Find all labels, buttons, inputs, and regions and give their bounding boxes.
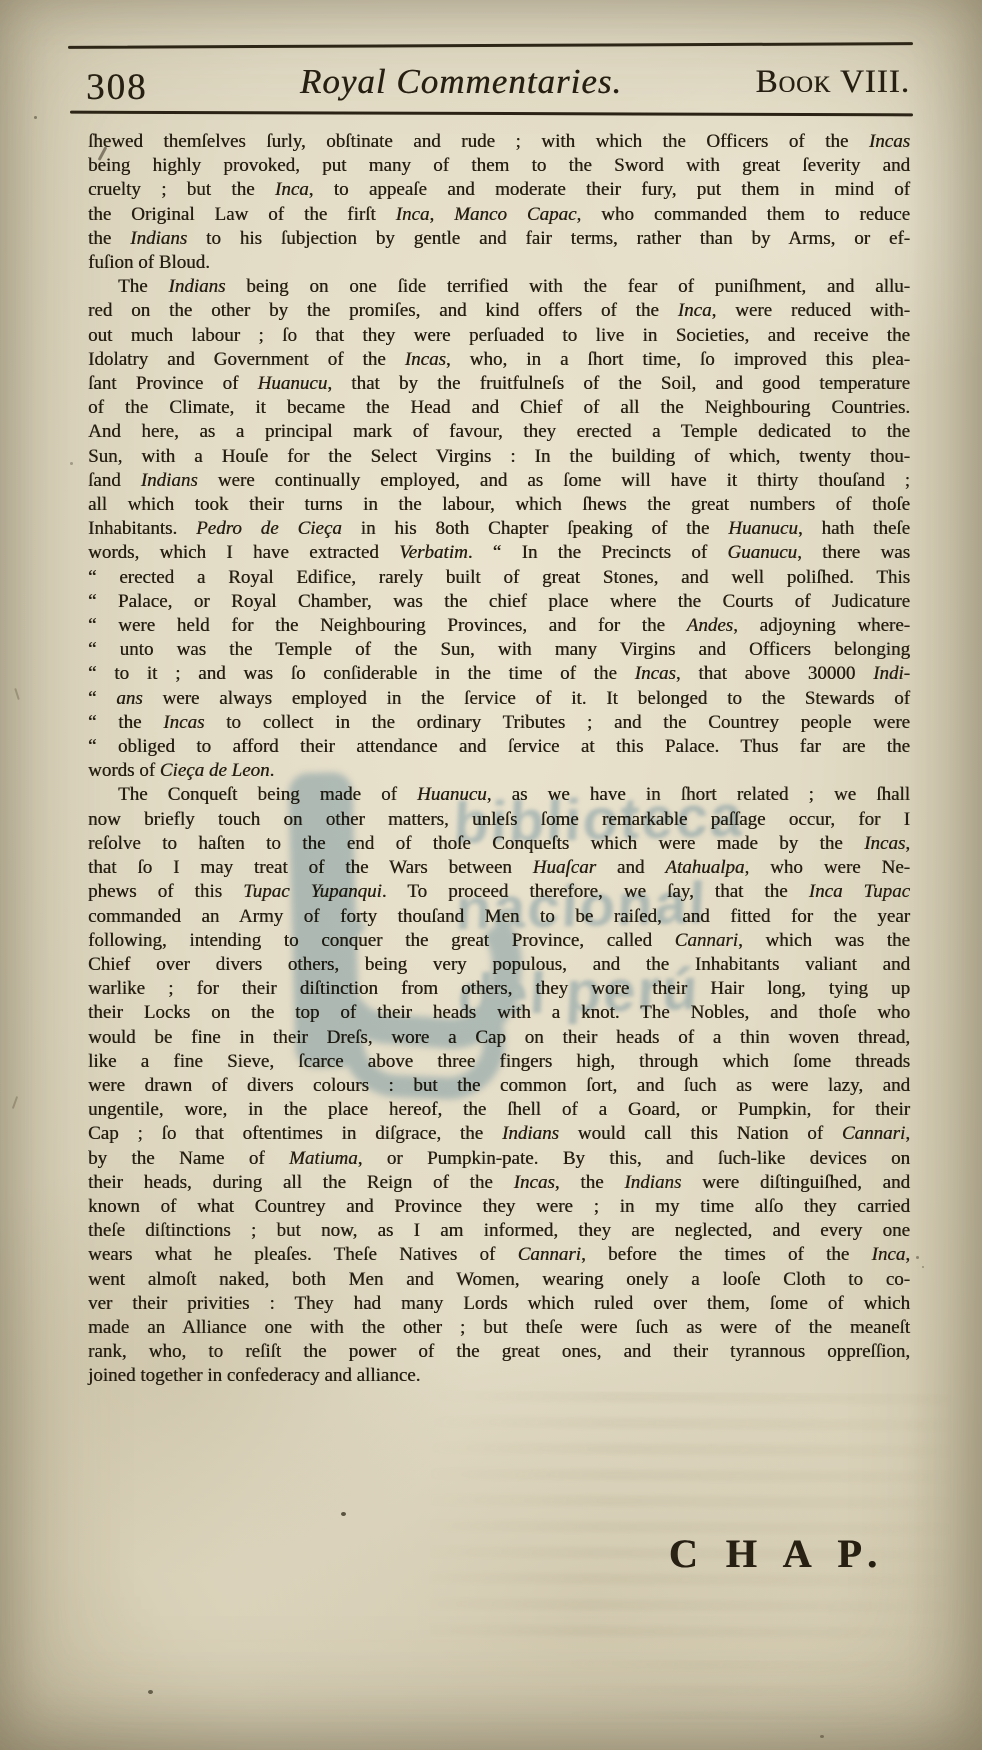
text-line: “ Palace, or Royal Chamber, was the chie…: [88, 590, 910, 614]
text-line: following, intending to conquer the grea…: [88, 929, 910, 953]
text-line: ſant Province of Huanucu, that by the fr…: [88, 372, 910, 396]
text-line: warlike ; for their diſtinction from oth…: [88, 977, 910, 1001]
ink-speck: [916, 1256, 919, 1259]
text-line: were drawn of divers colours : but the c…: [88, 1074, 910, 1098]
text-line: theſe diſtinctions ; but now, as I am in…: [88, 1219, 910, 1243]
text-line: their heads, during all the Reign of the…: [88, 1171, 910, 1195]
text-line: ver their privities : They had many Lord…: [88, 1292, 910, 1316]
text-line: commanded an Army of forty thouſand Men …: [88, 905, 910, 929]
text-line: the Indians to his ſubjection by gentle …: [88, 227, 910, 251]
text-line: “ the Incas to collect in the ordinary T…: [88, 711, 910, 735]
pen-mark: [14, 688, 20, 700]
text-line: Inhabitants. Pedro de Cieça in his 8oth …: [88, 517, 910, 541]
ink-speck: [341, 1512, 346, 1516]
text-line: The Indians being on one ſide terrified …: [88, 275, 910, 299]
text-line: their Locks on the top of their heads wi…: [88, 1001, 910, 1025]
bleedthrough-ghost: [560, 1659, 920, 1722]
text-line: being highly provoked, put many of them …: [88, 154, 910, 178]
text-line: “ ans were always employed in the ſervic…: [88, 687, 910, 711]
text-line: went almoſt naked, both Men and Women, w…: [88, 1268, 910, 1292]
text-line: would be fine in their Dreſs, wore a Cap…: [88, 1026, 910, 1050]
text-line: of the Climate, it became the Head and C…: [88, 396, 910, 420]
text-line: “ to it ; and was ſo conſiderable in the…: [88, 662, 910, 686]
header-rule-top: [68, 42, 913, 49]
text-line: that ſo I may treat of the Wars between …: [88, 856, 910, 880]
ink-speck: [70, 462, 73, 465]
text-line: ſhewed themſelves ſurly, obſtinate and r…: [88, 130, 910, 154]
text-line: wears what he pleaſes. Theſe Natives of …: [88, 1243, 910, 1267]
paragraph: ſhewed themſelves ſurly, obſtinate and r…: [88, 130, 910, 275]
text-line: by the Name of Matiuma, or Pumpkin-pate.…: [88, 1147, 910, 1171]
pen-mark: [12, 1096, 18, 1109]
catchword: C H A P.: [669, 1530, 886, 1577]
book-page-scan: 308 Royal Commentaries. Book VIII. ſhewe…: [0, 0, 982, 1750]
text-line: fuſion of Bloud.: [88, 251, 910, 275]
body-text: ſhewed themſelves ſurly, obſtinate and r…: [88, 130, 910, 1389]
text-line: ungentile, wore, in the place hereof, th…: [88, 1098, 910, 1122]
text-line: words of Cieça de Leon.: [88, 759, 910, 783]
text-line: words, which I have extracted Verbatim. …: [88, 541, 910, 565]
paragraph: The Conqueſt being made of Huanucu, as w…: [88, 783, 910, 1388]
ink-speck: [388, 1350, 392, 1352]
text-line: ſand Indians were continually employed, …: [88, 469, 910, 493]
text-line: the Original Law of the firſt Inca, Manc…: [88, 203, 910, 227]
text-line: all which took their turns in the labour…: [88, 493, 910, 517]
text-line: cruelty ; but the Inca, to appeaſe and m…: [88, 178, 910, 202]
text-line: known of what Countrey and Province they…: [88, 1195, 910, 1219]
text-line: The Conqueſt being made of Huanucu, as w…: [88, 783, 910, 807]
text-line: “ unto was the Temple of the Sun, with m…: [88, 638, 910, 662]
text-line: “ were held for the Neighbouring Provinc…: [88, 614, 910, 638]
ink-speck: [922, 1266, 924, 1268]
text-line: like a fine Sieve, ſcarce above three fi…: [88, 1050, 910, 1074]
text-line: Chief over divers others, being very pop…: [88, 953, 910, 977]
text-line: red on the other by the promiſes, and ki…: [88, 299, 910, 323]
text-line: made an Alliance one with the other ; bu…: [88, 1316, 910, 1340]
text-line: And here, as a principal mark of favour,…: [88, 420, 910, 444]
ink-speck: [820, 1735, 824, 1738]
ink-speck: [34, 116, 37, 119]
book-label: Book VIII.: [755, 64, 910, 101]
text-line: now briefly touch on other matters, unle…: [88, 808, 910, 832]
text-line: Sun, with a Houſe for the Select Virgins…: [88, 445, 910, 469]
text-line: joined together in confederacy and allia…: [88, 1364, 910, 1388]
header-rule-bottom: [70, 111, 913, 117]
text-line: rank, who, to reſiſt the power of the gr…: [88, 1340, 910, 1364]
text-line: phews of this Tupac Yupanqui. To proceed…: [88, 880, 910, 904]
text-line: Cap ; ſo that oftentimes in diſgrace, th…: [88, 1122, 910, 1146]
text-line: “ obliged to afford their attendance and…: [88, 735, 910, 759]
text-line: Idolatry and Government of the Incas, wh…: [88, 348, 910, 372]
text-line: out much labour ; ſo that they were perſ…: [88, 324, 910, 348]
paragraph: The Indians being on one ſide terrified …: [88, 275, 910, 783]
bleedthrough-ghost: [429, 1390, 951, 1644]
text-line: “ erected a Royal Edifice, rarely built …: [88, 566, 910, 590]
ink-speck: [148, 1690, 153, 1694]
text-line: reſolve to haſten to the end of thoſe Co…: [88, 832, 910, 856]
